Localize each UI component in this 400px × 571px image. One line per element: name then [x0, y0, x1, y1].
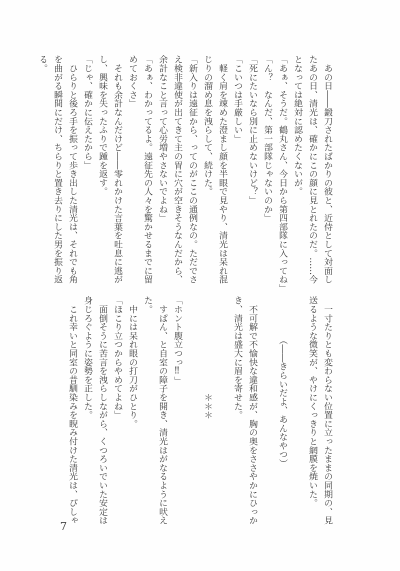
- text-line: すぱん、と自室の障子を開き、清光はがなるように吠え: [154, 296, 169, 525]
- text-line: 「こいつは手厳しい」: [229, 55, 244, 293]
- text-line: （――きらいだよ、あんなやつ）: [274, 296, 289, 525]
- text-line: る。: [34, 55, 49, 293]
- text-line: となっては絶対に認めたくないが。: [289, 55, 304, 293]
- text-line: [259, 296, 274, 525]
- text-line: 一寸たりとも変わらない位置に立ったままの同期の、見: [319, 296, 334, 525]
- text-line: ひらりと後ろ手を振って歩き出した清光は、それでも角: [64, 55, 79, 293]
- text-block-lower: 一寸たりとも変わらない位置に立ったままの同期の、見送るような微笑が、やけにくっき…: [64, 296, 334, 525]
- text-line: 「死にたいなら別に止めないけど？」: [244, 55, 259, 293]
- text-line: それも余計なんだけど――零れかけた言葉を吐息に逃が: [109, 55, 124, 293]
- text-line: た。: [139, 296, 154, 525]
- text-line: 軽く肩を竦めた澄まし顔を半眼で見やり、清光は呆れ混: [214, 55, 229, 293]
- text-line: 送るような微笑が、やけにくっきりと網膜を焼いた。: [304, 296, 319, 525]
- text-line: 中には呆れ眼の打刀がひとり。: [124, 296, 139, 525]
- text-line: 余計なこと言って心労増やさないでよね」: [154, 55, 169, 293]
- text-line: を曲がる瞬間にだけ、ちらりと置き去りにした男を振り返: [49, 55, 64, 293]
- text-line: 「ホント腹立つっ‼」: [169, 296, 184, 525]
- text-line: [184, 296, 199, 525]
- text-line: し、興味を失ったふりで踵を返す。: [94, 55, 109, 293]
- text-line: [289, 296, 304, 525]
- text-line: 「じゃ、確かに伝えたから」: [79, 55, 94, 293]
- text-line: 不可解で不愉快な違和感が、胸の奥をささやかにひっか: [244, 296, 259, 525]
- text-line: 面倒そうに苦言を洩らしながら、くつろいでいた安定は: [94, 296, 109, 525]
- book-page: あの日――鍛刀されたばかりの彼と、近侍として対面したあの日、清光は、確かにこの顔…: [0, 0, 400, 571]
- text-line: [214, 296, 229, 525]
- text-block-upper: あの日――鍛刀されたばかりの彼と、近侍として対面したあの日、清光は、確かにこの顔…: [34, 55, 334, 293]
- text-line: 「新入りは遠征から、ってのがここの通例なの。ただでさ: [184, 55, 199, 293]
- text-line: たあの日、清光は、確かにこの顔に見とれたのだ。……今: [304, 55, 319, 293]
- text-line: 「ん？ なんだ、第一部隊じゃないのか」: [259, 55, 274, 293]
- page-number: 7: [60, 520, 67, 533]
- text-line: え検非違使が出てきて主の胃に穴が空きそうなんだから、: [169, 55, 184, 293]
- section-divider: ＊＊＊: [199, 296, 214, 525]
- text-line: あの日――鍛刀されたばかりの彼と、近侍として対面し: [319, 55, 334, 293]
- text-line: 身じろぐように姿勢を正した。: [79, 296, 94, 525]
- text-line: き、清光は盛大に眉を寄せた。: [229, 296, 244, 525]
- text-line: めておくさ」: [124, 55, 139, 293]
- text-line: 「あぁ、わかってるよ。遠征先の人々を驚かせるまでに留: [139, 55, 154, 293]
- text-line: これ幸いと同室の昔馴染みを睨み付けた清光は、ぴしゃ: [64, 296, 79, 525]
- text-line: 「ほこり立つからやめてよね」: [109, 296, 124, 525]
- text-line: じりの溜め息を洩らして、続けた。: [199, 55, 214, 293]
- text-line: 「あぁ、そうだ。鶴丸さん、今日から第四部隊に入ってね」: [274, 55, 289, 293]
